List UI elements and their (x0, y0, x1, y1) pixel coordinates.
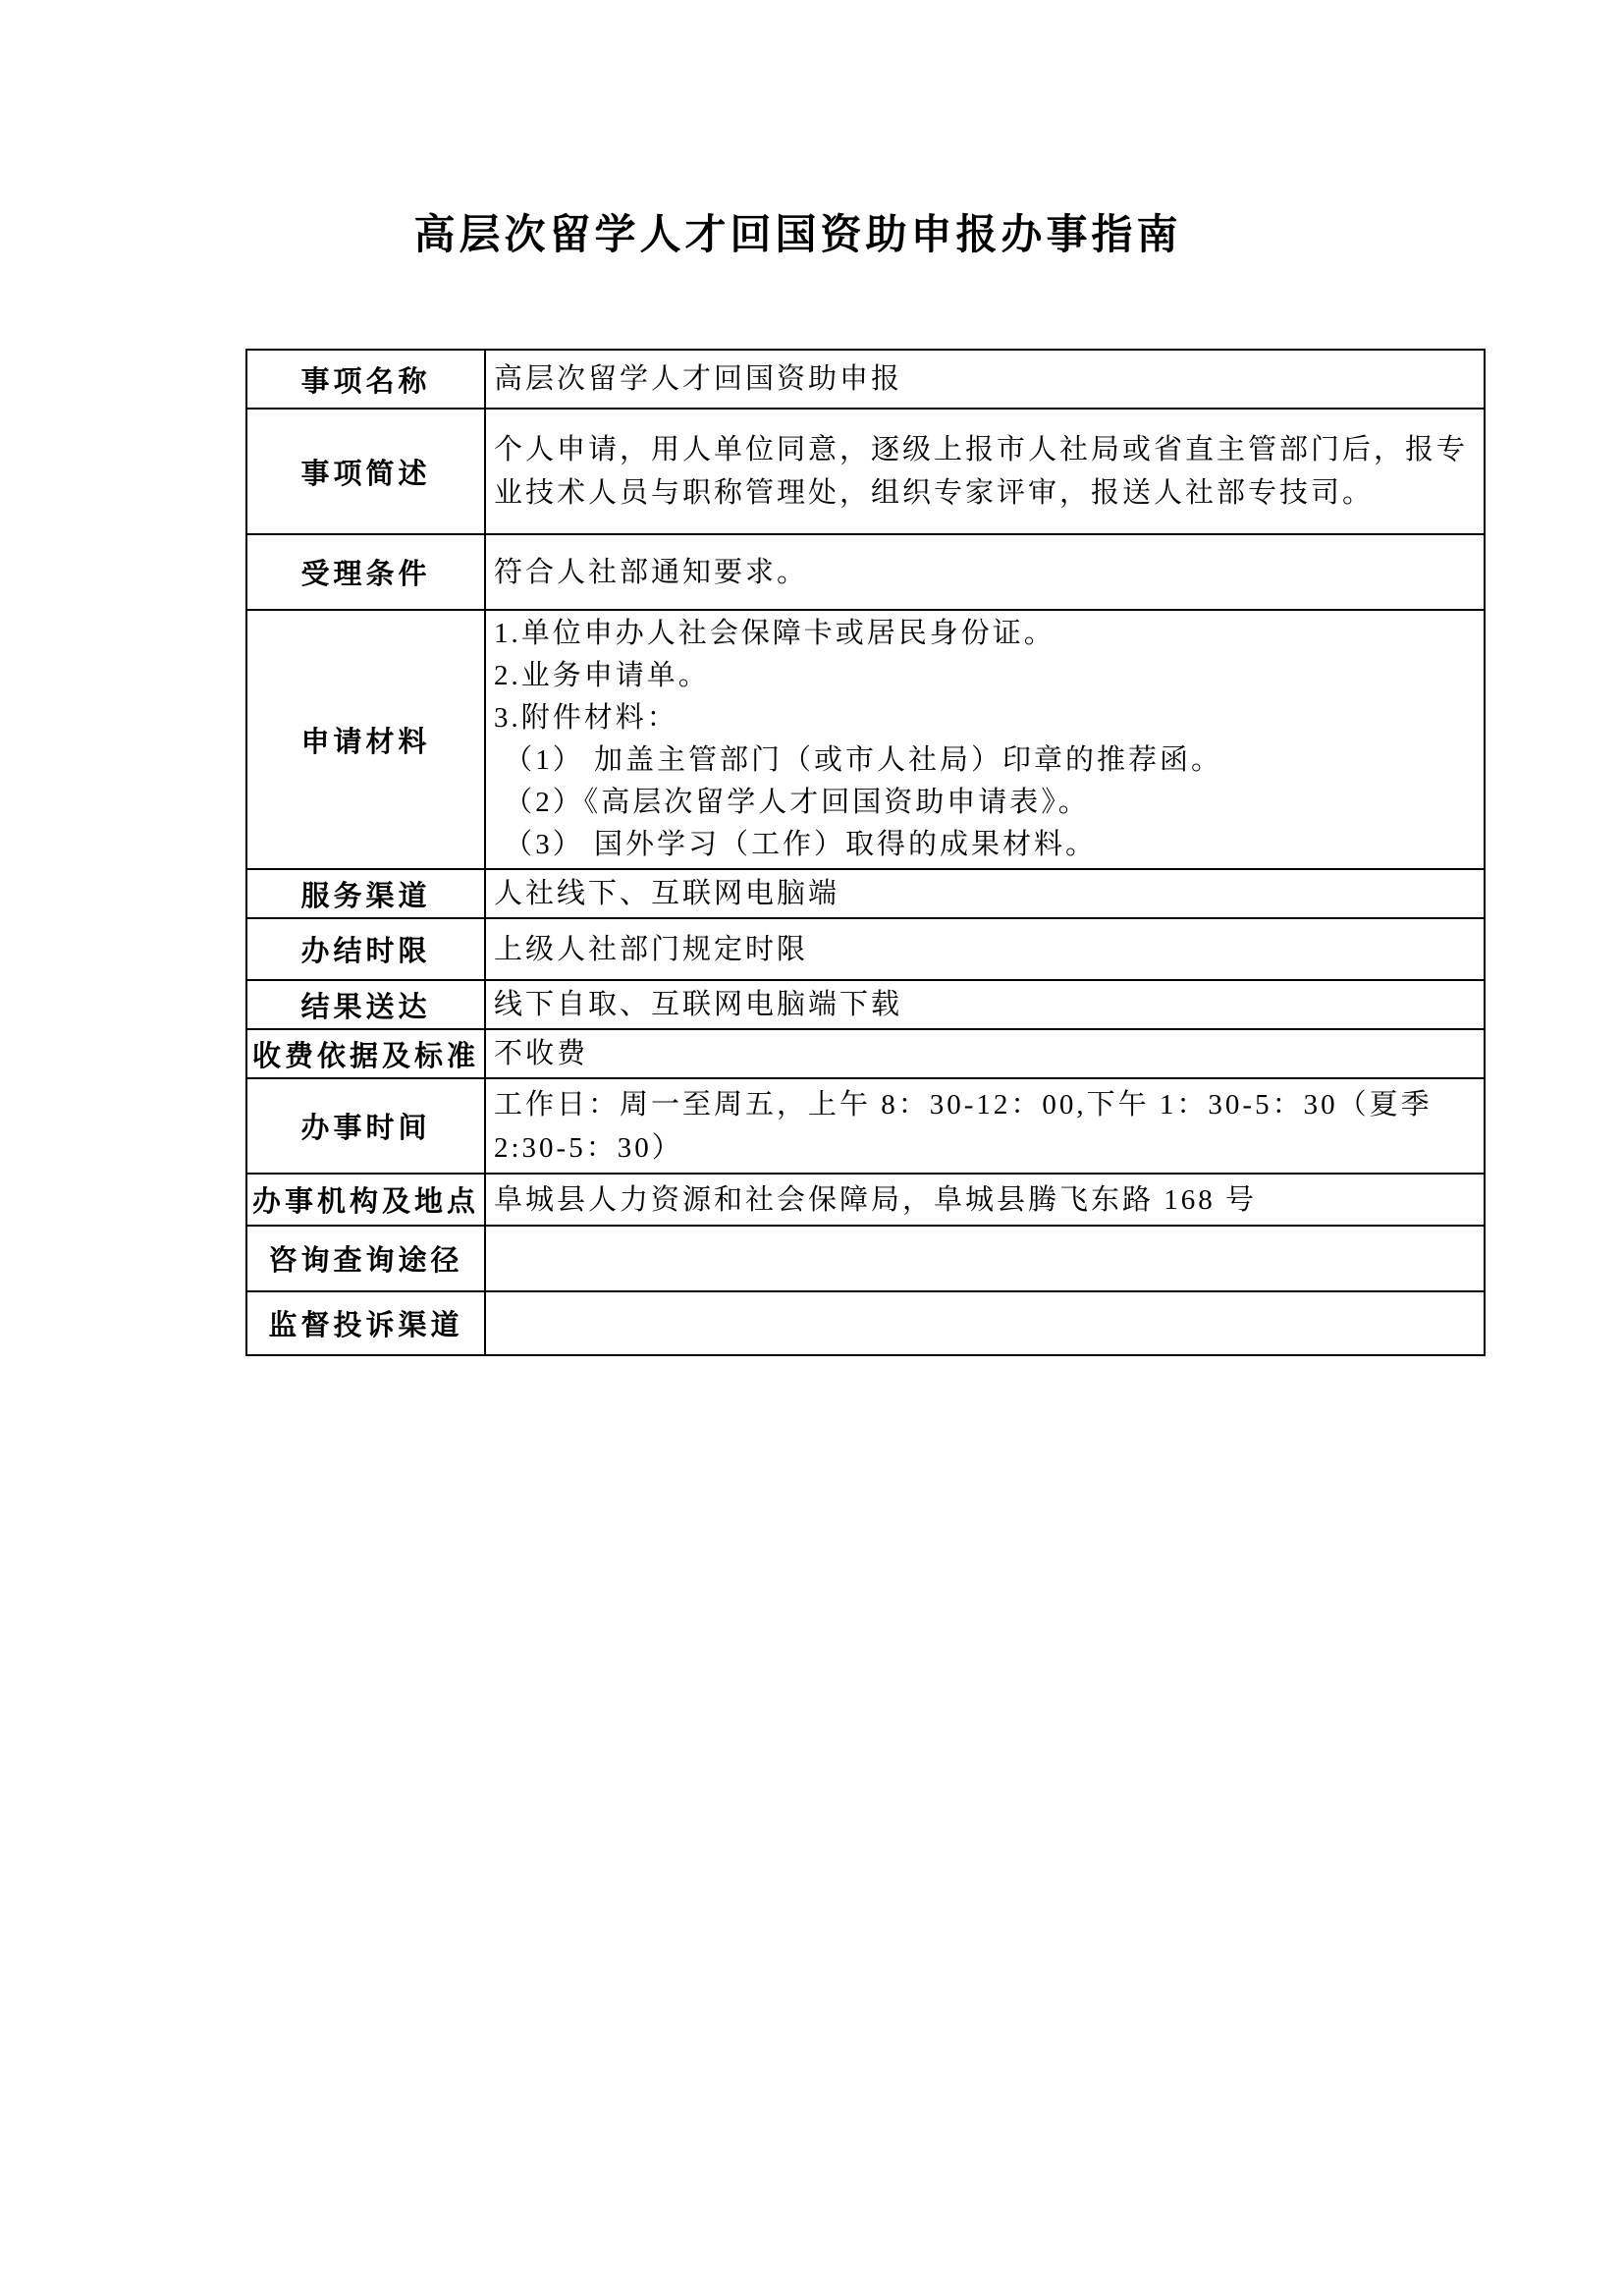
row-label: 收费依据及标准 (246, 1029, 485, 1078)
table-row-acceptance-conditions: 受理条件 符合人社部通知要求。 (246, 534, 1485, 610)
row-label: 监督投诉渠道 (246, 1291, 485, 1355)
content-line: 2.业务申请单。 (494, 655, 1476, 697)
table-row-fee-basis-standard: 收费依据及标准 不收费 (246, 1029, 1485, 1078)
row-label: 申请材料 (246, 610, 485, 869)
content-line: 3.附件材料： (494, 697, 1476, 739)
row-label: 办结时限 (246, 918, 485, 980)
content-line: 个人申请，用人单位同意，逐级上报市人社局或省直主管部门后，报专业技术人员与职称管… (494, 428, 1476, 515)
content-line: 高层次留学人才回国资助申报 (494, 357, 1476, 401)
table-row-application-materials: 申请材料 1.单位申办人社会保障卡或居民身份证。 2.业务申请单。 3.附件材料… (246, 610, 1485, 869)
content-line: （3） 国外学习（工作）取得的成果材料。 (494, 824, 1476, 866)
row-label: 服务渠道 (246, 869, 485, 918)
content-line: 人社线下、互联网电脑端 (494, 872, 1476, 915)
content-line: 工作日：周一至周五，上午 8：30-12：00,下午 1：30-5：30（夏季 … (494, 1083, 1476, 1170)
table-row-office-hours: 办事时间 工作日：周一至周五，上午 8：30-12：00,下午 1：30-5：3… (246, 1078, 1485, 1174)
row-content: 高层次留学人才回国资助申报 (485, 350, 1485, 409)
row-label: 事项名称 (246, 350, 485, 409)
table-row-service-channels: 服务渠道 人社线下、互联网电脑端 (246, 869, 1485, 918)
table-row-item-name: 事项名称 高层次留学人才回国资助申报 (246, 350, 1485, 409)
content-line: 阜城县人力资源和社会保障局，阜城县腾飞东路 168 号 (494, 1178, 1476, 1222)
row-label: 办事机构及地点 (246, 1174, 485, 1226)
row-label: 咨询查询途径 (246, 1226, 485, 1291)
content-line: （2）《高层次留学人才回国资助申请表》。 (494, 782, 1476, 824)
table-row-agency-and-location: 办事机构及地点 阜城县人力资源和社会保障局，阜城县腾飞东路 168 号 (246, 1174, 1485, 1226)
row-content (485, 1291, 1485, 1355)
row-label: 结果送达 (246, 980, 485, 1029)
row-content: 1.单位申办人社会保障卡或居民身份证。 2.业务申请单。 3.附件材料： （1）… (485, 610, 1485, 869)
row-content: 阜城县人力资源和社会保障局，阜城县腾飞东路 168 号 (485, 1174, 1485, 1226)
row-content: 符合人社部通知要求。 (485, 534, 1485, 610)
table-row-completion-time-limit: 办结时限 上级人社部门规定时限 (246, 918, 1485, 980)
row-content: 线下自取、互联网电脑端下载 (485, 980, 1485, 1029)
table-row-supervision-complaint-channels: 监督投诉渠道 (246, 1291, 1485, 1355)
content-line: 符合人社部通知要求。 (494, 551, 1476, 594)
row-content: 上级人社部门规定时限 (485, 918, 1485, 980)
row-content: 个人申请，用人单位同意，逐级上报市人社局或省直主管部门后，报专业技术人员与职称管… (485, 409, 1485, 534)
table-row-inquiry-channels: 咨询查询途径 (246, 1226, 1485, 1291)
content-line: 线下自取、互联网电脑端下载 (494, 983, 1476, 1026)
row-label: 办事时间 (246, 1078, 485, 1174)
table-row-item-summary: 事项简述 个人申请，用人单位同意，逐级上报市人社局或省直主管部门后，报专业技术人… (246, 409, 1485, 534)
document-title: 高层次留学人才回国资助申报办事指南 (0, 202, 1596, 261)
service-guide-table: 事项名称 高层次留学人才回国资助申报 事项简述 个人申请，用人单位同意，逐级上报… (245, 349, 1486, 1356)
row-label: 受理条件 (246, 534, 485, 610)
row-content (485, 1226, 1485, 1291)
content-line: （1） 加盖主管部门（或市人社局）印章的推荐函。 (494, 739, 1476, 782)
document-page: 高层次留学人才回国资助申报办事指南 事项名称 高层次留学人才回国资助申报 事项简… (0, 0, 1623, 2296)
table-row-result-delivery: 结果送达 线下自取、互联网电脑端下载 (246, 980, 1485, 1029)
content-line: 1.单位申办人社会保障卡或居民身份证。 (494, 613, 1476, 655)
row-content: 工作日：周一至周五，上午 8：30-12：00,下午 1：30-5：30（夏季 … (485, 1078, 1485, 1174)
content-line: 不收费 (494, 1032, 1476, 1075)
content-line: 上级人社部门规定时限 (494, 928, 1476, 971)
row-content: 不收费 (485, 1029, 1485, 1078)
row-label: 事项简述 (246, 409, 485, 534)
row-content: 人社线下、互联网电脑端 (485, 869, 1485, 918)
